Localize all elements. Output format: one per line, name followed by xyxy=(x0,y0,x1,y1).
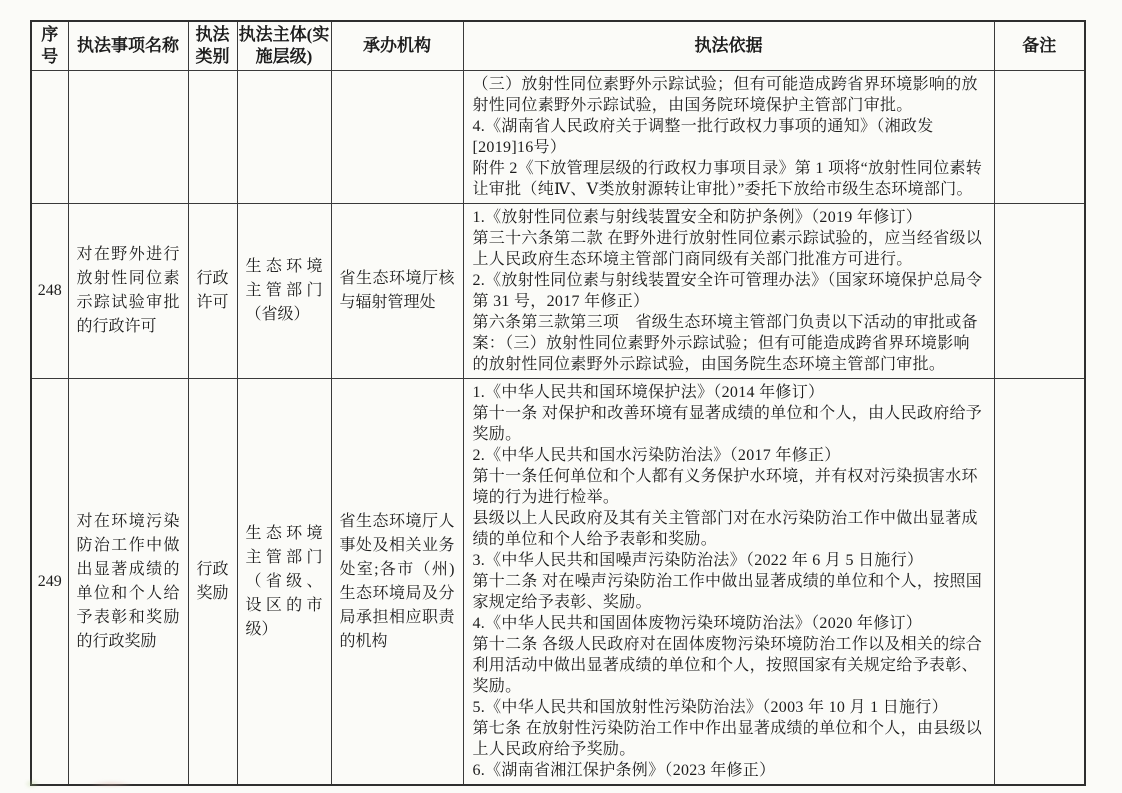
cell-no: 249 xyxy=(31,379,68,786)
cell-subject xyxy=(237,71,331,204)
enforcement-matters-table: 序号 执法事项名称 执法类别 执法主体(实施层级) 承办机构 执法依据 备注 （… xyxy=(30,20,1086,786)
cell-basis: （三）放射性同位素野外示踪试验；但有可能造成跨省界环境影响的放射性同位素野外示踪… xyxy=(463,71,994,204)
scan-smudge xyxy=(24,779,40,789)
col-header-subject: 执法主体(实施层级) xyxy=(237,21,331,71)
cell-subject: 生态环境主管部门（省级、设区的市级） xyxy=(237,379,331,786)
table-row-248: 248 对在野外进行放射性同位素示踪试验审批的行政许可 行政许可 生态环境主管部… xyxy=(31,204,1085,379)
cell-category: 行政许可 xyxy=(188,204,237,379)
cell-note xyxy=(994,379,1085,786)
cell-agency: 省生态环境厅核与辐射管理处 xyxy=(331,204,463,379)
cell-category xyxy=(188,71,237,204)
col-header-basis: 执法依据 xyxy=(463,21,994,71)
col-header-no: 序号 xyxy=(31,21,68,71)
col-header-note: 备注 xyxy=(994,21,1085,71)
cell-no: 248 xyxy=(31,204,68,379)
cell-agency xyxy=(331,71,463,204)
scan-smudge xyxy=(88,780,134,788)
cell-name xyxy=(68,71,188,204)
header-row: 序号 执法事项名称 执法类别 执法主体(实施层级) 承办机构 执法依据 备注 xyxy=(31,21,1085,71)
cell-note xyxy=(994,71,1085,204)
cell-category: 行政奖励 xyxy=(188,379,237,786)
cell-agency: 省生态环境厅人事处及相关业务处室;各市（州)生态环境局及分局承担相应职责的机构 xyxy=(331,379,463,786)
table-row-249: 249 对在环境污染防治工作中做出显著成绩的单位和个人给予表彰和奖励的行政奖励 … xyxy=(31,379,1085,786)
col-header-category: 执法类别 xyxy=(188,21,237,71)
col-header-name: 执法事项名称 xyxy=(68,21,188,71)
cell-note xyxy=(994,204,1085,379)
col-header-agency: 承办机构 xyxy=(331,21,463,71)
cell-name: 对在环境污染防治工作中做出显著成绩的单位和个人给予表彰和奖励的行政奖励 xyxy=(68,379,188,786)
cell-subject: 生态环境主管部门（省级） xyxy=(237,204,331,379)
scanned-document-page: 序号 执法事项名称 执法类别 执法主体(实施层级) 承办机构 执法依据 备注 （… xyxy=(0,0,1122,793)
cell-basis: 1.《放射性同位素与射线装置安全和防护条例》（2019 年修订） 第三十六条第二… xyxy=(463,204,994,379)
cell-name: 对在野外进行放射性同位素示踪试验审批的行政许可 xyxy=(68,204,188,379)
cell-no xyxy=(31,71,68,204)
cell-basis: 1.《中华人民共和国环境保护法》（2014 年修订） 第十一条 对保护和改善环境… xyxy=(463,379,994,786)
table-row-continuation: （三）放射性同位素野外示踪试验；但有可能造成跨省界环境影响的放射性同位素野外示踪… xyxy=(31,71,1085,204)
